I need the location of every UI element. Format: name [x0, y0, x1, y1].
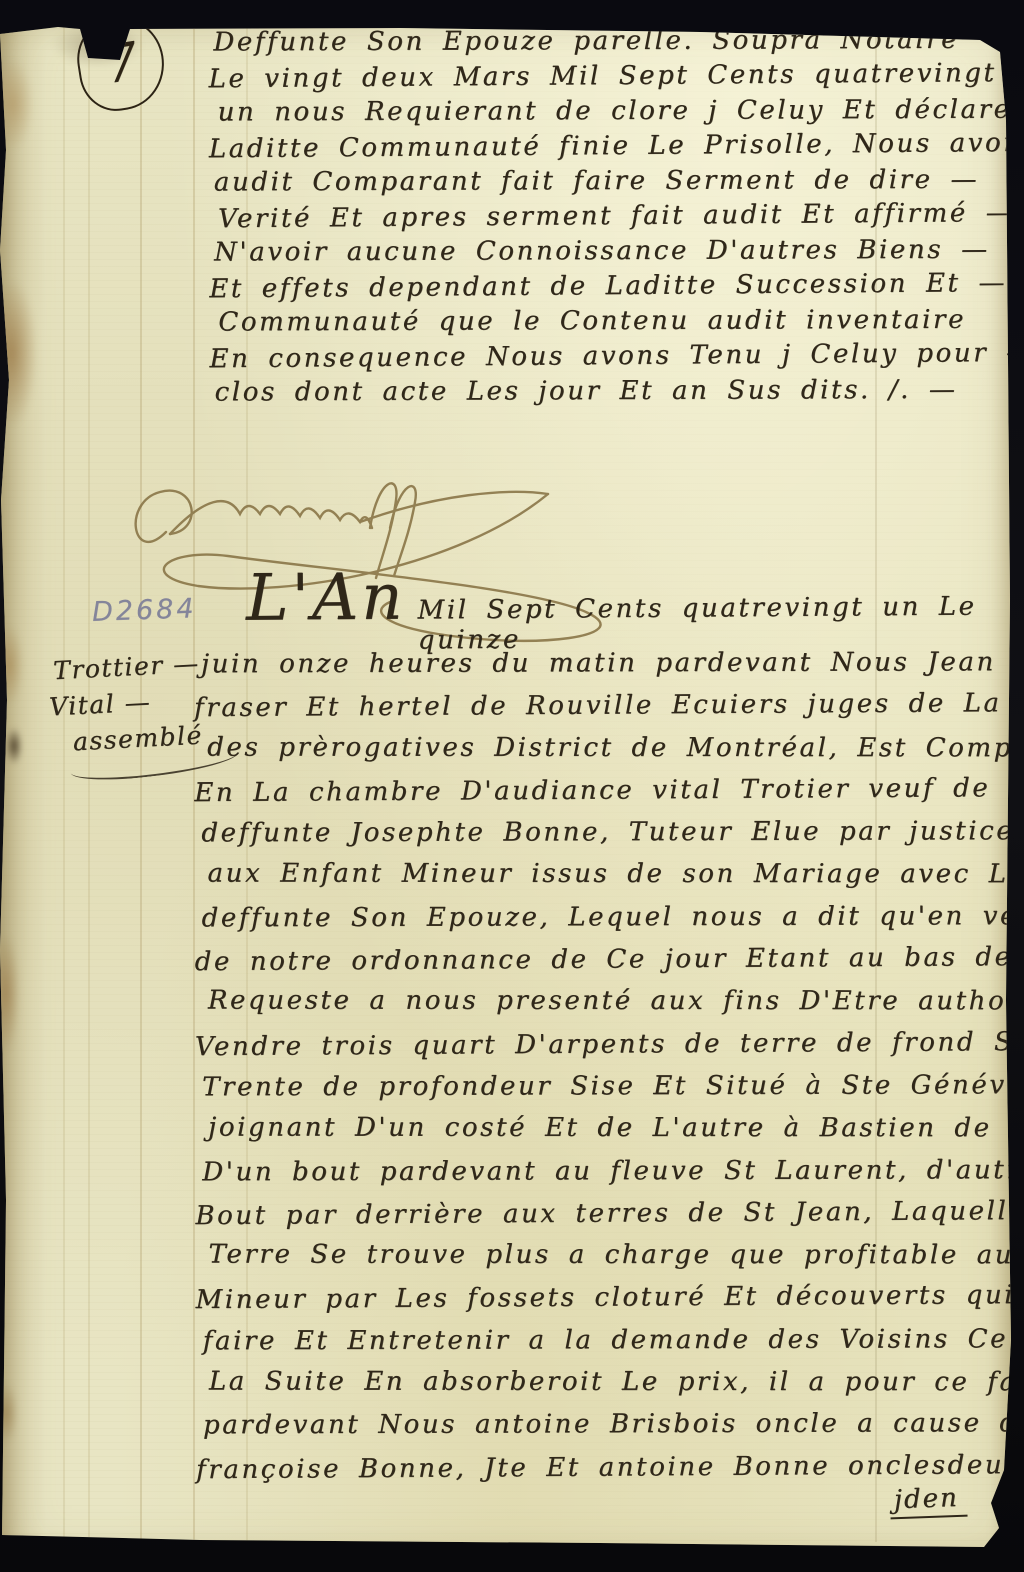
- text-line: En consequence Nous avons Tenu j Celuy p…: [209, 336, 1024, 378]
- text-line: françoise Bonne, Jte Et antoine Bonne on…: [196, 1443, 1024, 1492]
- text-line: Verité Et apres serment fait audit Et af…: [218, 196, 1024, 237]
- text-line: deffunte Son Epouze, Lequel nous a dit q…: [202, 894, 1024, 939]
- paper-stain: [0, 58, 34, 150]
- text-line: audit Comparant fait faire Serment de di…: [214, 163, 1024, 201]
- paper-stain: [0, 278, 38, 428]
- text-line: fraser Et hertel de Rouville Ecuiers jug…: [194, 681, 1024, 730]
- text-line: Le vingt deux Mars Mil Sept Cents quatre…: [208, 56, 1024, 98]
- paper-stain: [0, 932, 20, 1054]
- text-line: juin onze heures du matin pardevant Nous…: [201, 641, 1024, 686]
- manuscript-scan: 7 D2684 Trottier — Vital — assemblé Deff…: [0, 0, 1024, 1572]
- text-line: de notre ordonnance de Ce jour Etant au …: [195, 935, 1024, 984]
- text-line: des prèrogatives District de Montréal, E…: [207, 726, 1024, 769]
- act-paragraph: juin onze heures du matin pardevant Nous…: [201, 641, 1024, 1490]
- text-line: joignant D'un costé Et de L'autre à Bast…: [208, 1107, 1024, 1150]
- margin-rule-line: [88, 26, 90, 1542]
- text-line: aux Enfant Mineur issus de son Mariage a…: [207, 853, 1024, 896]
- text-line: Communauté que le Contenu audit inventai…: [218, 303, 1024, 341]
- text-line: En La chambre D'audiance vital Trotier v…: [194, 766, 1024, 815]
- text-line: La Suite En absorberoit Le prix, il a po…: [209, 1361, 1024, 1404]
- margin-rule-line: [140, 26, 142, 1542]
- text-line: Vendre trois quart D'arpents de terre de…: [195, 1020, 1024, 1069]
- text-line: Mineur par Les fossets cloturé Et découv…: [195, 1273, 1024, 1322]
- text-line: N'avoir aucune Connoissance D'autres Bie…: [214, 233, 1024, 271]
- text-line: Terre Se trouve plus a charge que profit…: [208, 1234, 1024, 1277]
- text-line: Bout par derrière aux terres de St Jean,…: [195, 1189, 1024, 1238]
- text-line: pardevant Nous antoine Brisbois oncle a …: [203, 1402, 1024, 1447]
- opening-initial: L'An: [246, 558, 406, 639]
- text-line: Requeste a nous presenté aux fins D'Etre…: [208, 980, 1024, 1023]
- text-line: Laditte Communauté finie Le Prisolle, No…: [209, 126, 1024, 168]
- text-line: D'un bout pardevant au fleuve St Laurent…: [202, 1148, 1024, 1193]
- text-line: Et effets dependant de Laditte Successio…: [209, 266, 1024, 308]
- paper-stain: [6, 728, 22, 764]
- catchword: jden: [889, 1483, 967, 1520]
- text-line: faire Et Entretenir a la demande des Voi…: [203, 1317, 1024, 1362]
- text-line: un nous Requierant de clore j Celuy Et d…: [218, 93, 1024, 131]
- manuscript-page: 7 D2684 Trottier — Vital — assemblé Deff…: [0, 0, 1024, 1572]
- text-line: Trente de profondeur Sise Et Situé à Ste…: [202, 1064, 1024, 1109]
- paper-stain: [0, 1382, 18, 1444]
- closing-paragraph: Deffunte Son Epouze parelle. Soupra Nota…: [213, 23, 1024, 411]
- page-number-circle: 7: [71, 12, 170, 116]
- text-line: deffunte Josephte Bonne, Tuteur Elue par…: [201, 810, 1024, 855]
- margin-rule-line: [63, 26, 65, 1542]
- text-line: clos dont acte Les jour Et an Sus dits. …: [215, 373, 1024, 411]
- page-number: 7: [100, 32, 142, 96]
- text-line: Deffunte Son Epouze parelle. Soupra Nota…: [213, 23, 1024, 61]
- paper-stain: [0, 624, 24, 706]
